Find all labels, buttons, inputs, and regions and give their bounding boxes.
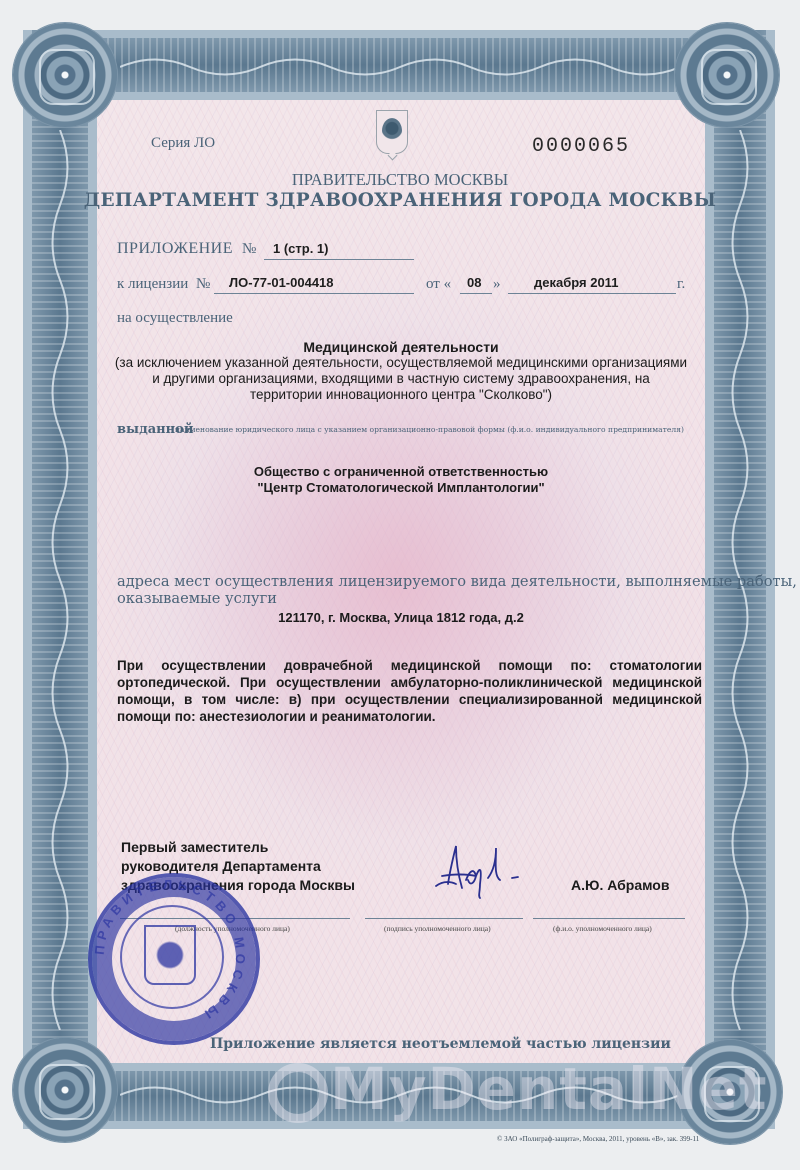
signatory-position-line-2: руководителя Департамента — [121, 858, 321, 874]
activity-line-3: территории инновационного центра "Сколко… — [97, 387, 705, 402]
document-number: 0000065 — [532, 135, 630, 158]
address-value: 121170, г. Москва, Улица 1812 года, д.2 — [97, 610, 705, 625]
license-number-underline — [214, 293, 414, 294]
moscow-coat-of-arms-icon — [144, 925, 196, 985]
organization-line-2: "Центр Стоматологической Имплантологии" — [97, 480, 705, 495]
russian-coat-of-arms-icon — [376, 110, 408, 154]
services-description: При осуществлении доврачебной медицинско… — [117, 657, 702, 725]
appendix-number-sign: № — [242, 241, 256, 258]
activity-line-1: (за исключением указанной деятельности, … — [97, 355, 705, 370]
activity-line-2: и другими организациями, входящими в час… — [97, 371, 705, 386]
license-label: к лицензии — [117, 276, 188, 293]
government-title: ПРАВИТЕЛЬСТВО МОСКВЫ — [0, 170, 800, 190]
addresses-label-line-1: адреса мест осуществления лицензируемого… — [117, 573, 797, 590]
name-underline — [533, 918, 685, 919]
border-wave-left — [45, 130, 75, 1030]
border-wave-top — [120, 52, 680, 82]
license-day: 08 — [467, 275, 481, 290]
license-day-close: » — [493, 276, 501, 293]
license-appendix-page: Серия ЛО 0000065 ПРАВИТЕЛЬСТВО МОСКВЫ ДЕ… — [0, 0, 800, 1170]
signatory-name: А.Ю. Абрамов — [571, 877, 669, 893]
license-date-from-label: от « — [426, 276, 451, 293]
issued-hint: (наименование юридического лица с указан… — [172, 425, 684, 434]
license-number-sign: № — [196, 276, 210, 293]
appendix-value: 1 (стр. 1) — [273, 241, 329, 256]
activity-title: Медицинской деятельности — [97, 339, 705, 355]
signature-hint: (подпись уполномоченного лица) — [384, 924, 491, 933]
series-label: Серия ЛО — [151, 135, 215, 152]
license-day-underline — [460, 293, 492, 294]
name-hint: (ф.и.о. уполномоченного лица) — [553, 924, 652, 933]
corner-rosette-icon — [13, 1038, 117, 1142]
organization-line-1: Общество с ограниченной ответственностью — [97, 464, 705, 479]
license-month-year: декабря 2011 — [534, 275, 618, 290]
watermark-icon — [268, 1063, 328, 1123]
addresses-label-line-2: оказываемые услуги — [117, 590, 277, 607]
eagle-icon — [382, 118, 402, 144]
footer-note: Приложение является неотъемлемой частью … — [210, 1036, 671, 1052]
signatory-position-line-1: Первый заместитель — [121, 839, 268, 855]
department-title: ДЕПАРТАМЕНТ ЗДРАВООХРАНЕНИЯ ГОРОДА МОСКВ… — [0, 190, 800, 211]
activity-label: на осуществление — [117, 310, 233, 327]
corner-rosette-icon — [13, 23, 117, 127]
appendix-label: ПРИЛОЖЕНИЕ — [117, 240, 233, 258]
handwritten-signature-icon — [430, 840, 560, 900]
license-number: ЛО-77-01-004418 — [229, 275, 334, 290]
license-month-underline — [508, 293, 676, 294]
signature-underline — [365, 918, 523, 919]
license-year-suffix: г. — [677, 276, 685, 293]
printer-imprint: © ЗАО «Полиграф-защита», Москва, 2011, у… — [497, 1135, 699, 1143]
watermark-text: MyDentalNet — [330, 1055, 768, 1123]
corner-rosette-icon — [675, 23, 779, 127]
official-seal-icon: ПРАВИТЕЛЬСТВО МОСКВЫ — [88, 873, 260, 1045]
appendix-underline — [264, 259, 414, 260]
